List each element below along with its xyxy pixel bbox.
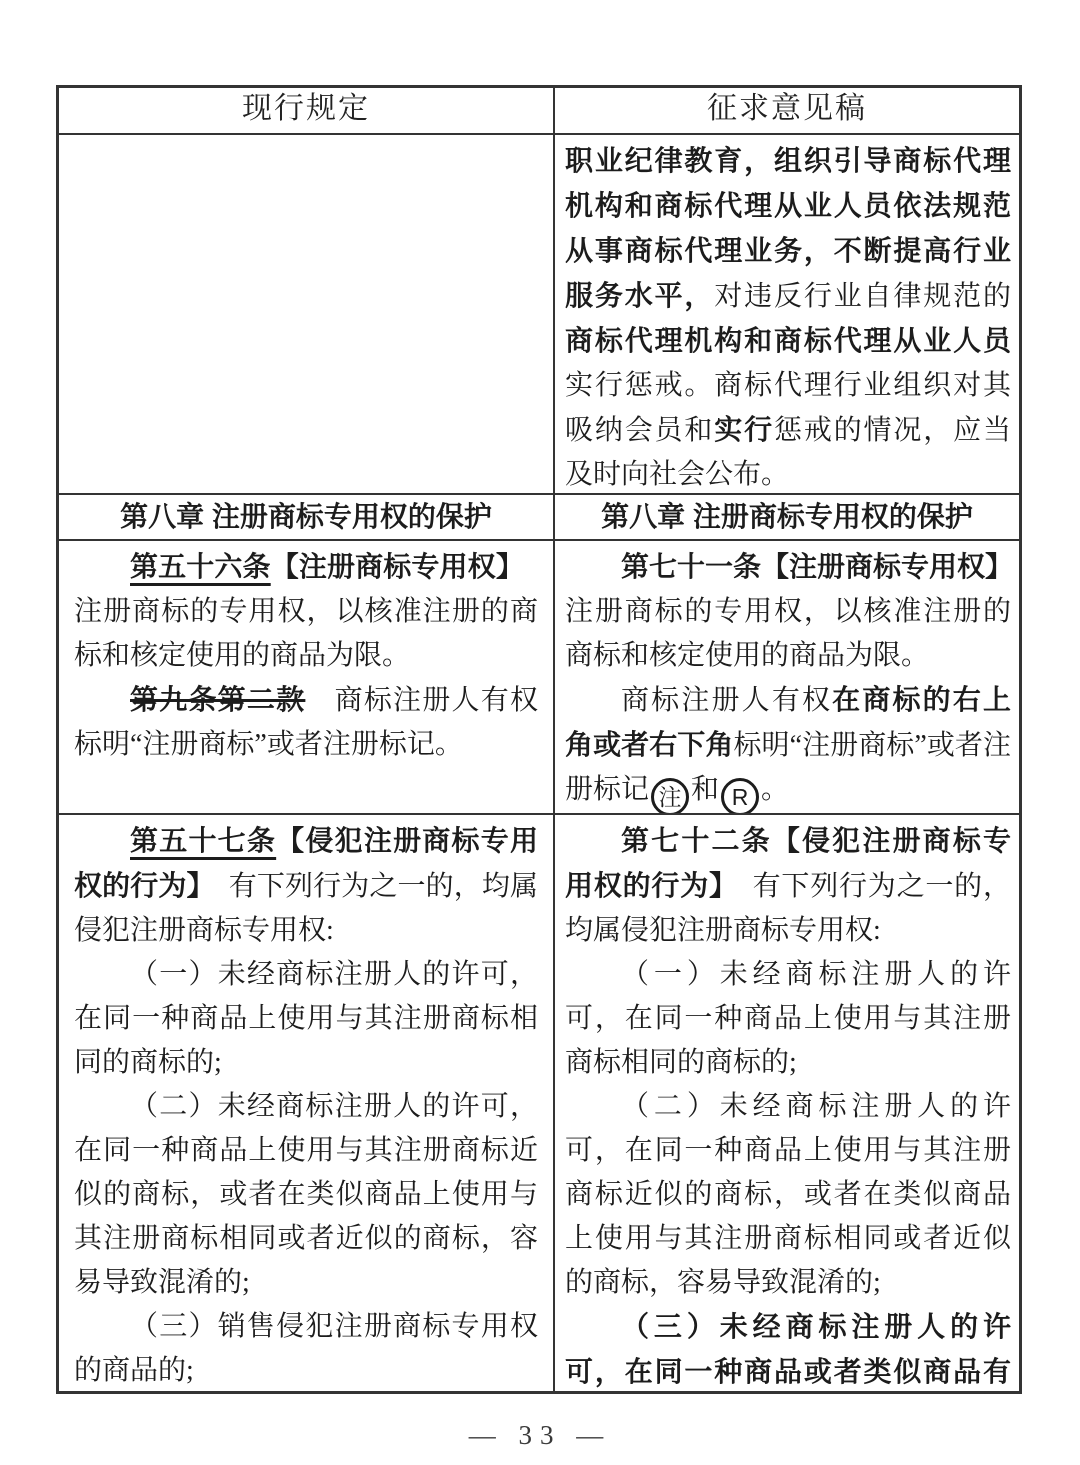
chapter-heading-current: 第八章 注册商标专用权的保护 — [59, 495, 553, 539]
row-article-57-72: 第五十七条【侵犯注册商标专用权的行为】 有下列行为之一的，均属侵犯注册商标专用权… — [59, 813, 1019, 1391]
paragraph-item-2: （二）未经商标注册人的许可，在同一种商品上使用与其注册商标近似的商标，或者在类似… — [565, 1085, 1011, 1305]
article-number-9-2-struck: 第九条第二款 — [130, 684, 305, 715]
text-segment: （一）未经商标注册人的许可，在同一种商品上使用与其注册商标相同的商标的; — [74, 959, 538, 1078]
cell-article-56: 第五十六条【注册商标专用权】 注册商标的专用权，以核准注册的商标和核定使用的商品… — [59, 541, 553, 813]
paragraph: 第五十七条【侵犯注册商标专用权的行为】 有下列行为之一的，均属侵犯注册商标专用权… — [74, 819, 538, 953]
page-number: — 33 — — [0, 1420, 1080, 1451]
cell-current-empty — [59, 135, 553, 493]
text-segment: （一）未经商标注册人的许可，在同一种商品上使用与其注册商标相同的商标的; — [565, 959, 1011, 1078]
bold-segment: （三）未经商标注册人的许可，在同一种商品或者类似商品有关的电 — [565, 1311, 1011, 1391]
cell-draft-continuation: 职业纪律教育，组织引导商标代理机构和商标代理从业人员依法规范从事商标代理业务，不… — [553, 135, 1019, 493]
row-continuation: 职业纪律教育，组织引导商标代理机构和商标代理从业人员依法规范从事商标代理业务，不… — [59, 133, 1019, 493]
header-draft-for-comments: 征求意见稿 — [553, 88, 1019, 133]
row-chapter-8: 第八章 注册商标专用权的保护 第八章 注册商标专用权的保护 — [59, 493, 1019, 539]
article-number-71: 第七十一条【注册商标专用权】 — [621, 551, 999, 582]
paragraph: 第七十二条【侵犯注册商标专用权的行为】 有下列行为之一的，均属侵犯注册商标专用权… — [565, 819, 1011, 953]
circled-zhu-mark: 注 — [651, 778, 689, 813]
text-segment: 和 — [691, 774, 719, 805]
paragraph: 第七十一条【注册商标专用权】 注册商标的专用权，以核准注册的商标和核定使用的商品… — [565, 545, 1011, 678]
cell-article-57: 第五十七条【侵犯注册商标专用权的行为】 有下列行为之一的，均属侵犯注册商标专用权… — [59, 815, 553, 1391]
article-title: 【注册商标专用权】 — [271, 551, 510, 582]
cell-article-72: 第七十二条【侵犯注册商标专用权的行为】 有下列行为之一的，均属侵犯注册商标专用权… — [553, 815, 1019, 1391]
text-segment: 。 — [761, 774, 789, 805]
cell-article-71: 第七十一条【注册商标专用权】 注册商标的专用权，以核准注册的商标和核定使用的商品… — [553, 541, 1019, 813]
paragraph-item-3: （三）未经商标注册人的许可，在同一种商品或者类似商品有关的电 — [565, 1305, 1011, 1391]
table-header-row: 现行规定 征求意见稿 — [59, 88, 1019, 133]
bold-segment: 商标代理机构和商标代理从业人员 — [565, 325, 1011, 356]
article-number-56: 第五十六条 — [130, 551, 271, 582]
article-number-57: 第五十七条 — [130, 825, 276, 856]
paragraph-item-1: （一）未经商标注册人的许可，在同一种商品上使用与其注册商标相同的商标的; — [74, 953, 538, 1085]
bold-segment: 实行 — [714, 414, 774, 445]
text-segment: （三）销售侵犯注册商标专用权的商品的; — [74, 1311, 538, 1386]
row-article-56-71: 第五十六条【注册商标专用权】 注册商标的专用权，以核准注册的商标和核定使用的商品… — [59, 539, 1019, 813]
text-segment: 商标注册人有权 — [621, 685, 832, 716]
paragraph-item-1: （一）未经商标注册人的许可，在同一种商品上使用与其注册商标相同的商标的; — [565, 953, 1011, 1085]
circled-r-mark: R — [721, 778, 759, 813]
paragraph-item-2: （二）未经商标注册人的许可，在同一种商品上使用与其注册商标近似的商标，或者在类似… — [74, 1085, 538, 1305]
text-segment: （二）未经商标注册人的许可，在同一种商品上使用与其注册商标近似的商标，或者在类似… — [565, 1091, 1011, 1298]
paragraph: 第五十六条【注册商标专用权】 注册商标的专用权，以核准注册的商标和核定使用的商品… — [74, 545, 538, 678]
paragraph: 商标注册人有权在商标的右上角或者右下角标明“注册商标”或者注册标记注和R。 — [565, 678, 1011, 813]
text-segment: 对违反行业自律规范的 — [714, 281, 1011, 312]
chapter-heading-draft: 第八章 注册商标专用权的保护 — [553, 495, 1019, 539]
text-segment: （二）未经商标注册人的许可，在同一种商品上使用与其注册商标近似的商标，或者在类似… — [74, 1091, 538, 1298]
comparison-table: 现行规定 征求意见稿 职业纪律教育，组织引导商标代理机构和商标代理从业人员依法规… — [56, 85, 1022, 1394]
paragraph-continuation: 职业纪律教育，组织引导商标代理机构和商标代理从业人员依法规范从事商标代理业务，不… — [565, 139, 1011, 493]
paragraph-item-3: （三）销售侵犯注册商标专用权的商品的; — [74, 1305, 538, 1391]
paragraph: 第九条第二款 商标注册人有权标明“注册商标”或者注册标记。 — [74, 678, 538, 767]
document-page: 现行规定 征求意见稿 职业纪律教育，组织引导商标代理机构和商标代理从业人员依法规… — [0, 0, 1080, 1465]
header-current-provisions: 现行规定 — [59, 88, 553, 133]
